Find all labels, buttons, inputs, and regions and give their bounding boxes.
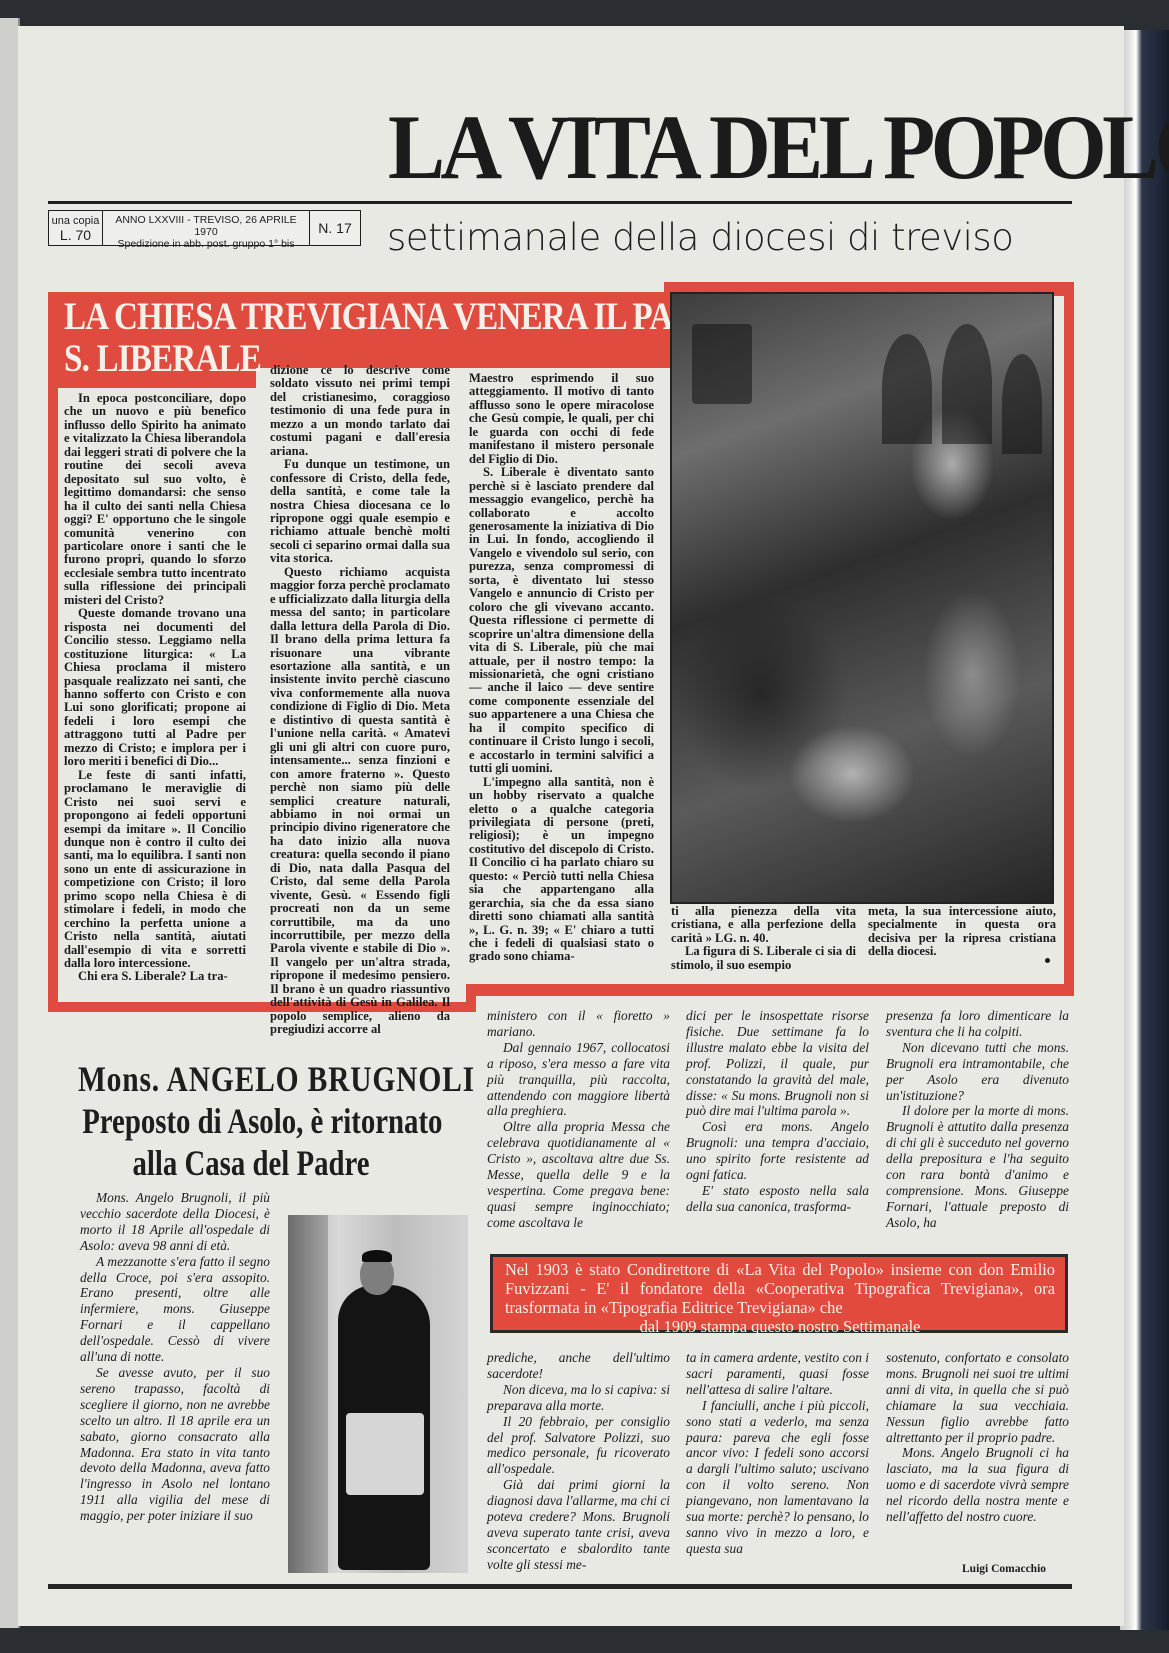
- previous-page-edge: [0, 18, 20, 1628]
- paragraph: La figura di S. Liberale ci sia di stimo…: [671, 945, 856, 972]
- binder-spine: [1120, 30, 1169, 1630]
- article1-column-4: ti alla pienezza della vita cristiana, e…: [671, 905, 856, 972]
- paragraph: Questo richiamo acquista maggior forza p…: [270, 566, 450, 1037]
- paragraph: Il dolore per la morte di mons. Brugnoli…: [886, 1103, 1069, 1230]
- paragraph: Chi era S. Liberale? La tra-: [64, 970, 246, 983]
- paragraph: Le feste di santi infatti, proclamano le…: [64, 769, 246, 971]
- frame-border-bottom: [466, 984, 1074, 996]
- masthead-title: LA VITA DEL POPOLO: [388, 104, 1030, 190]
- bottom-rule: [48, 1584, 1072, 1589]
- frame-border-right: [1064, 282, 1074, 994]
- paragraph: meta, la sua intercessione aiuto, specia…: [868, 905, 1056, 959]
- issue-box: ANNO LXXVIII - TREVISO, 26 APRILE 1970 S…: [102, 210, 310, 246]
- frame-border-step: [466, 984, 476, 1012]
- article2-column-1: Mons. Angelo Brugnoli, il più vecchio sa…: [80, 1190, 270, 1524]
- article1-column-1: In epoca postconciliare, dopo che un nuo…: [64, 392, 246, 984]
- author-byline: Luigi Comacchio: [962, 1563, 1046, 1575]
- article2-column-3: dici per le insospettate risorse fisiche…: [686, 1008, 869, 1215]
- paragraph: prediche, anche dell'ultimo sacerdote!: [487, 1350, 670, 1382]
- price-box: una copia L. 70: [48, 210, 103, 246]
- price-value: L. 70: [49, 228, 102, 242]
- article2-column-2: ministero con il « fioretto » mariano. D…: [487, 1008, 670, 1231]
- paragraph: Il 20 febbraio, per consiglio del prof. …: [487, 1414, 670, 1478]
- issue-date: ANNO LXXVIII - TREVISO, 26 APRILE 1970: [103, 214, 309, 238]
- end-mark: [1045, 958, 1050, 963]
- paragraph: Così era mons. Angelo Brugnoli: una temp…: [686, 1119, 869, 1183]
- issue-number: N. 17: [309, 210, 361, 246]
- article1-column-5: meta, la sua intercessione aiuto, specia…: [868, 905, 1056, 959]
- callout-text: Nel 1903 è stato Condirettore di «La Vit…: [505, 1260, 1055, 1317]
- article2-column-6: ta in camera ardente, vestito con i sacr…: [686, 1350, 869, 1557]
- article1-column-2: dizione ce lo descrive come soldato viss…: [270, 364, 450, 1037]
- paragraph: In epoca postconciliare, dopo che un nuo…: [64, 392, 246, 607]
- article2-column-7: sostenuto, confortato e consolato mons. …: [886, 1350, 1069, 1525]
- paragraph: Queste domande trovano una risposta nei …: [64, 607, 246, 768]
- paragraph: Già dai primi giorni la diagnosi dava l'…: [487, 1477, 670, 1572]
- paragraph: A mezzanotte s'era fatto il segno della …: [80, 1254, 270, 1365]
- paragraph: ta in camera ardente, vestito con i sacr…: [686, 1350, 869, 1398]
- paragraph: sostenuto, confortato e consolato mons. …: [886, 1350, 1069, 1445]
- history-callout-box: Nel 1903 è stato Condirettore di «La Vit…: [490, 1254, 1068, 1333]
- paragraph: E' stato esposto nella sala della sua ca…: [686, 1183, 869, 1215]
- paragraph: Se avesse avuto, per il suo sereno trapa…: [80, 1365, 270, 1524]
- paragraph: ti alla pienezza della vita cristiana, e…: [671, 905, 856, 945]
- paragraph: Fu dunque un testimone, un confessore di…: [270, 458, 450, 566]
- price-label: una copia: [49, 214, 102, 228]
- paragraph: L'impegno alla santità, non è un hobby r…: [469, 776, 654, 964]
- brugnoli-portrait-photo: [288, 1215, 468, 1573]
- callout-text-last: dal 1909 stampa questo nostro Settimanal…: [505, 1317, 1055, 1336]
- paragraph: dizione ce lo descrive come soldato viss…: [270, 364, 450, 458]
- paragraph: dici per le insospettate risorse fisiche…: [686, 1008, 869, 1119]
- paragraph: Oltre alla propria Messa che celebrava q…: [487, 1119, 670, 1230]
- masthead-rule: [48, 201, 1072, 204]
- paragraph: I fanciulli, anche i più piccoli, sono s…: [686, 1398, 869, 1557]
- postal-info: Spedizione in abb. post. gruppo 1° bis: [103, 238, 309, 250]
- paragraph: Maestro esprimendo il suo atteggiamento.…: [469, 372, 654, 466]
- headline-line: alla Casa del Padre: [82, 1142, 420, 1184]
- paragraph: Non diceva, ma lo si capiva: si preparav…: [487, 1382, 670, 1414]
- paragraph: S. Liberale è diventato santo perchè si …: [469, 466, 654, 775]
- paragraph: Mons. Angelo Brugnoli, il più vecchio sa…: [80, 1190, 270, 1254]
- headline-line: Preposto di Asolo, è ritornato: [82, 1100, 420, 1142]
- frame-border-left: [48, 292, 58, 1012]
- article2-headline: Mons. ANGELO BRUGNOLI Preposto di Asolo,…: [40, 1058, 462, 1184]
- paragraph: presenza fa loro dimenticare la sventura…: [886, 1008, 1069, 1040]
- article2-column-4: presenza fa loro dimenticare la sventura…: [886, 1008, 1069, 1231]
- masthead-subtitle: settimanale della diocesi di treviso: [387, 216, 1013, 259]
- article2-column-5: prediche, anche dell'ultimo sacerdote! N…: [487, 1350, 670, 1573]
- paragraph: Mons. Angelo Brugnoli ci ha lasciato, ma…: [886, 1445, 1069, 1525]
- article1-column-3: Maestro esprimendo il suo atteggiamento.…: [469, 372, 654, 964]
- saint-painting-photo: [670, 292, 1054, 904]
- paragraph: Non dicevano tutti che mons. Brugnoli er…: [886, 1040, 1069, 1104]
- paragraph: ministero con il « fioretto » mariano.: [487, 1008, 670, 1040]
- headline-line: Mons. ANGELO BRUGNOLI: [78, 1058, 424, 1100]
- paragraph: Dal gennaio 1967, collocatosi a riposo, …: [487, 1040, 670, 1120]
